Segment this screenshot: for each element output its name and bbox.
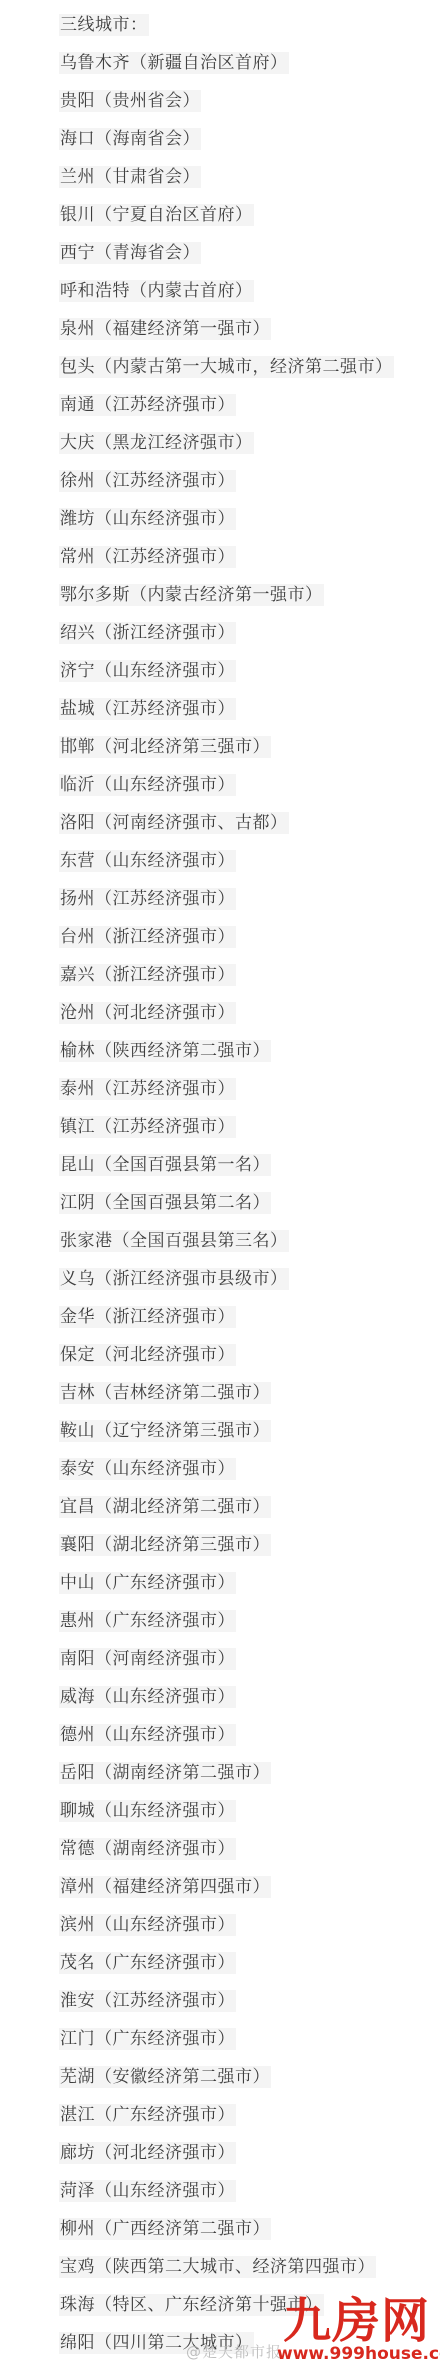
list-item: 鞍山（辽宁经济第三强市） xyxy=(59,1412,434,1450)
list-item: 台州（浙江经济强市） xyxy=(59,918,434,956)
list-item: 保定（河北经济强市） xyxy=(59,1336,434,1374)
list-item: 南通（江苏经济强市） xyxy=(59,386,434,424)
list-item: 盐城（江苏经济强市） xyxy=(59,690,434,728)
list-item: 茂名（广东经济强市） xyxy=(59,1944,434,1982)
city-entry-text: 临沂（山东经济强市） xyxy=(59,774,236,796)
list-item: 菏泽（山东经济强市） xyxy=(59,2172,434,2210)
city-entry-text: 银川（宁夏自治区首府） xyxy=(59,204,254,226)
list-item: 沧州（河北经济强市） xyxy=(59,994,434,1032)
city-entry-text: 鄂尔多斯（内蒙古经济第一强市） xyxy=(59,584,324,606)
list-item: 洛阳（河南经济强市、古都） xyxy=(59,804,434,842)
list-item: 银川（宁夏自治区首府） xyxy=(59,196,434,234)
city-entry-text: 东营（山东经济强市） xyxy=(59,850,236,872)
city-entry-text: 保定（河北经济强市） xyxy=(59,1344,236,1366)
list-item: 昆山（全国百强县第一名） xyxy=(59,1146,434,1184)
list-item: 泉州（福建经济第一强市） xyxy=(59,310,434,348)
city-entry-text: 江阴（全国百强县第二名） xyxy=(59,1192,271,1214)
list-item: 包头（内蒙古第一大城市，经济第二强市） xyxy=(59,348,434,386)
list-item: 西宁（青海省会） xyxy=(59,234,434,272)
list-item: 宜昌（湖北经济第二强市） xyxy=(59,1488,434,1526)
list-item: 邯郸（河北经济第三强市） xyxy=(59,728,434,766)
city-entry-text: 泉州（福建经济第一强市） xyxy=(59,318,271,340)
city-entry-text: 江门（广东经济强市） xyxy=(59,2028,236,2050)
list-item: 乌鲁木齐（新疆自治区首府） xyxy=(59,44,434,82)
city-entry-text: 张家港（全国百强县第三名） xyxy=(59,1230,289,1252)
city-entry-text: 南通（江苏经济强市） xyxy=(59,394,236,416)
city-entry-text: 义乌（浙江经济强市县级市） xyxy=(59,1268,289,1290)
city-entry-text: 惠州（广东经济强市） xyxy=(59,1610,236,1632)
city-entry-text: 包头（内蒙古第一大城市，经济第二强市） xyxy=(59,356,394,378)
list-item: 柳州（广西经济第二强市） xyxy=(59,2210,434,2248)
city-entry-text: 兰州（甘肃省会） xyxy=(59,166,201,188)
list-item: 绍兴（浙江经济强市） xyxy=(59,614,434,652)
city-entry-text: 潍坊（山东经济强市） xyxy=(59,508,236,530)
list-item: 湛江（广东经济强市） xyxy=(59,2096,434,2134)
site-url: www.999house.com xyxy=(277,2344,440,2364)
city-entry-text: 茂名（广东经济强市） xyxy=(59,1952,236,1974)
city-entry-text: 泰州（江苏经济强市） xyxy=(59,1078,236,1100)
city-entry-text: 湛江（广东经济强市） xyxy=(59,2104,236,2126)
list-item: 嘉兴（浙江经济强市） xyxy=(59,956,434,994)
list-item: 张家港（全国百强县第三名） xyxy=(59,1222,434,1260)
city-entry-text: 镇江（江苏经济强市） xyxy=(59,1116,236,1138)
list-item: 常德（湖南经济强市） xyxy=(59,1830,434,1868)
city-entry-text: 扬州（江苏经济强市） xyxy=(59,888,236,910)
city-entry-text: 嘉兴（浙江经济强市） xyxy=(59,964,236,986)
list-item: 中山（广东经济强市） xyxy=(59,1564,434,1602)
city-entry-text: 沧州（河北经济强市） xyxy=(59,1002,236,1024)
city-entry-text: 岳阳（湖南经济第二强市） xyxy=(59,1762,271,1784)
city-entry-text: 台州（浙江经济强市） xyxy=(59,926,236,948)
list-item: 潍坊（山东经济强市） xyxy=(59,500,434,538)
list-item: 江阴（全国百强县第二名） xyxy=(59,1184,434,1222)
list-item: 海口（海南省会） xyxy=(59,120,434,158)
city-entry-text: 金华（浙江经济强市） xyxy=(59,1306,236,1328)
list-item: 惠州（广东经济强市） xyxy=(59,1602,434,1640)
list-item: 南阳（河南经济强市） xyxy=(59,1640,434,1678)
list-item: 芜湖（安徽经济第二强市） xyxy=(59,2058,434,2096)
city-entry-text: 漳州（福建经济第四强市） xyxy=(59,1876,271,1898)
list-item: 泰安（山东经济强市） xyxy=(59,1450,434,1488)
city-entry-text: 榆林（陕西经济第二强市） xyxy=(59,1040,271,1062)
city-entry-text: 滨州（山东经济强市） xyxy=(59,1914,236,1936)
list-item: 常州（江苏经济强市） xyxy=(59,538,434,576)
city-entry-text: 昆山（全国百强县第一名） xyxy=(59,1154,271,1176)
city-entry-text: 贵阳（贵州省会） xyxy=(59,90,201,112)
city-entry-text: 呼和浩特（内蒙古首府） xyxy=(59,280,254,302)
city-entry-text: 洛阳（河南经济强市、古都） xyxy=(59,812,289,834)
city-entry-text: 聊城（山东经济强市） xyxy=(59,1800,236,1822)
list-item: 鄂尔多斯（内蒙古经济第一强市） xyxy=(59,576,434,614)
list-item: 泰州（江苏经济强市） xyxy=(59,1070,434,1108)
list-item: 榆林（陕西经济第二强市） xyxy=(59,1032,434,1070)
list-item: 廊坊（河北经济强市） xyxy=(59,2134,434,2172)
list-item: 宝鸡（陕西第二大城市、经济第四强市） xyxy=(59,2248,434,2286)
list-item: 吉林（吉林经济第二强市） xyxy=(59,1374,434,1412)
city-entry-text: 芜湖（安徽经济第二强市） xyxy=(59,2066,271,2088)
list-item: 兰州（甘肃省会） xyxy=(59,158,434,196)
list-item: 大庆（黑龙江经济强市） xyxy=(59,424,434,462)
city-entry-text: 盐城（江苏经济强市） xyxy=(59,698,236,720)
section-title: 三线城市： xyxy=(59,6,434,44)
city-entry-text: 泰安（山东经济强市） xyxy=(59,1458,236,1480)
city-entry-text: 宜昌（湖北经济第二强市） xyxy=(59,1496,271,1518)
city-entry-text: 吉林（吉林经济第二强市） xyxy=(59,1382,271,1404)
list-item: 金华（浙江经济强市） xyxy=(59,1298,434,1336)
city-entry-text: 南阳（河南经济强市） xyxy=(59,1648,236,1670)
list-item: 滨州（山东经济强市） xyxy=(59,1906,434,1944)
city-entry-text: 襄阳（湖北经济第三强市） xyxy=(59,1534,271,1556)
city-entry-text: 徐州（江苏经济强市） xyxy=(59,470,236,492)
list-item: 济宁（山东经济强市） xyxy=(59,652,434,690)
city-entry-text: 柳州（广西经济第二强市） xyxy=(59,2218,271,2240)
city-entry-text: 大庆（黑龙江经济强市） xyxy=(59,432,254,454)
list-item: 聊城（山东经济强市） xyxy=(59,1792,434,1830)
city-entry-text: 德州（山东经济强市） xyxy=(59,1724,236,1746)
list-item: 呼和浩特（内蒙古首府） xyxy=(59,272,434,310)
list-item: 漳州（福建经济第四强市） xyxy=(59,1868,434,1906)
city-entry-text: 济宁（山东经济强市） xyxy=(59,660,236,682)
city-entry-text: 西宁（青海省会） xyxy=(59,242,201,264)
city-entry-text: 威海（山东经济强市） xyxy=(59,1686,236,1708)
city-entry-text: 常州（江苏经济强市） xyxy=(59,546,236,568)
list-item: 扬州（江苏经济强市） xyxy=(59,880,434,918)
city-entry-text: 常德（湖南经济强市） xyxy=(59,1838,236,1860)
list-item: 东营（山东经济强市） xyxy=(59,842,434,880)
list-item: 岳阳（湖南经济第二强市） xyxy=(59,1754,434,1792)
city-entry-text: 绍兴（浙江经济强市） xyxy=(59,622,236,644)
list-item: 淮安（江苏经济强市） xyxy=(59,1982,434,2020)
city-entry-text: 乌鲁木齐（新疆自治区首府） xyxy=(59,52,289,74)
list-item: 襄阳（湖北经济第三强市） xyxy=(59,1526,434,1564)
city-entry-text: 宝鸡（陕西第二大城市、经济第四强市） xyxy=(59,2256,376,2278)
city-entry-text: 廊坊（河北经济强市） xyxy=(59,2142,236,2164)
list-item: 义乌（浙江经济强市县级市） xyxy=(59,1260,434,1298)
city-entry-text: 邯郸（河北经济第三强市） xyxy=(59,736,271,758)
press-credit-watermark: @楚天都市报 xyxy=(186,2341,282,2362)
section-title-text: 三线城市： xyxy=(59,14,149,36)
list-item: 徐州（江苏经济强市） xyxy=(59,462,434,500)
list-item: 江门（广东经济强市） xyxy=(59,2020,434,2058)
city-entry-text: 鞍山（辽宁经济第三强市） xyxy=(59,1420,271,1442)
city-entry-text: 海口（海南省会） xyxy=(59,128,201,150)
city-entry-text: 菏泽（山东经济强市） xyxy=(59,2180,236,2202)
list-item: 贵阳（贵州省会） xyxy=(59,82,434,120)
list-item: 威海（山东经济强市） xyxy=(59,1678,434,1716)
list-item: 镇江（江苏经济强市） xyxy=(59,1108,434,1146)
list-item: 德州（山东经济强市） xyxy=(59,1716,434,1754)
list-item: 临沂（山东经济强市） xyxy=(59,766,434,804)
city-entry-text: 淮安（江苏经济强市） xyxy=(59,1990,236,2012)
city-list: 三线城市： 乌鲁木齐（新疆自治区首府）贵阳（贵州省会）海口（海南省会）兰州（甘肃… xyxy=(59,6,434,2362)
city-entry-text: 中山（广东经济强市） xyxy=(59,1572,236,1594)
site-logo: 九房网 xyxy=(283,2297,430,2345)
